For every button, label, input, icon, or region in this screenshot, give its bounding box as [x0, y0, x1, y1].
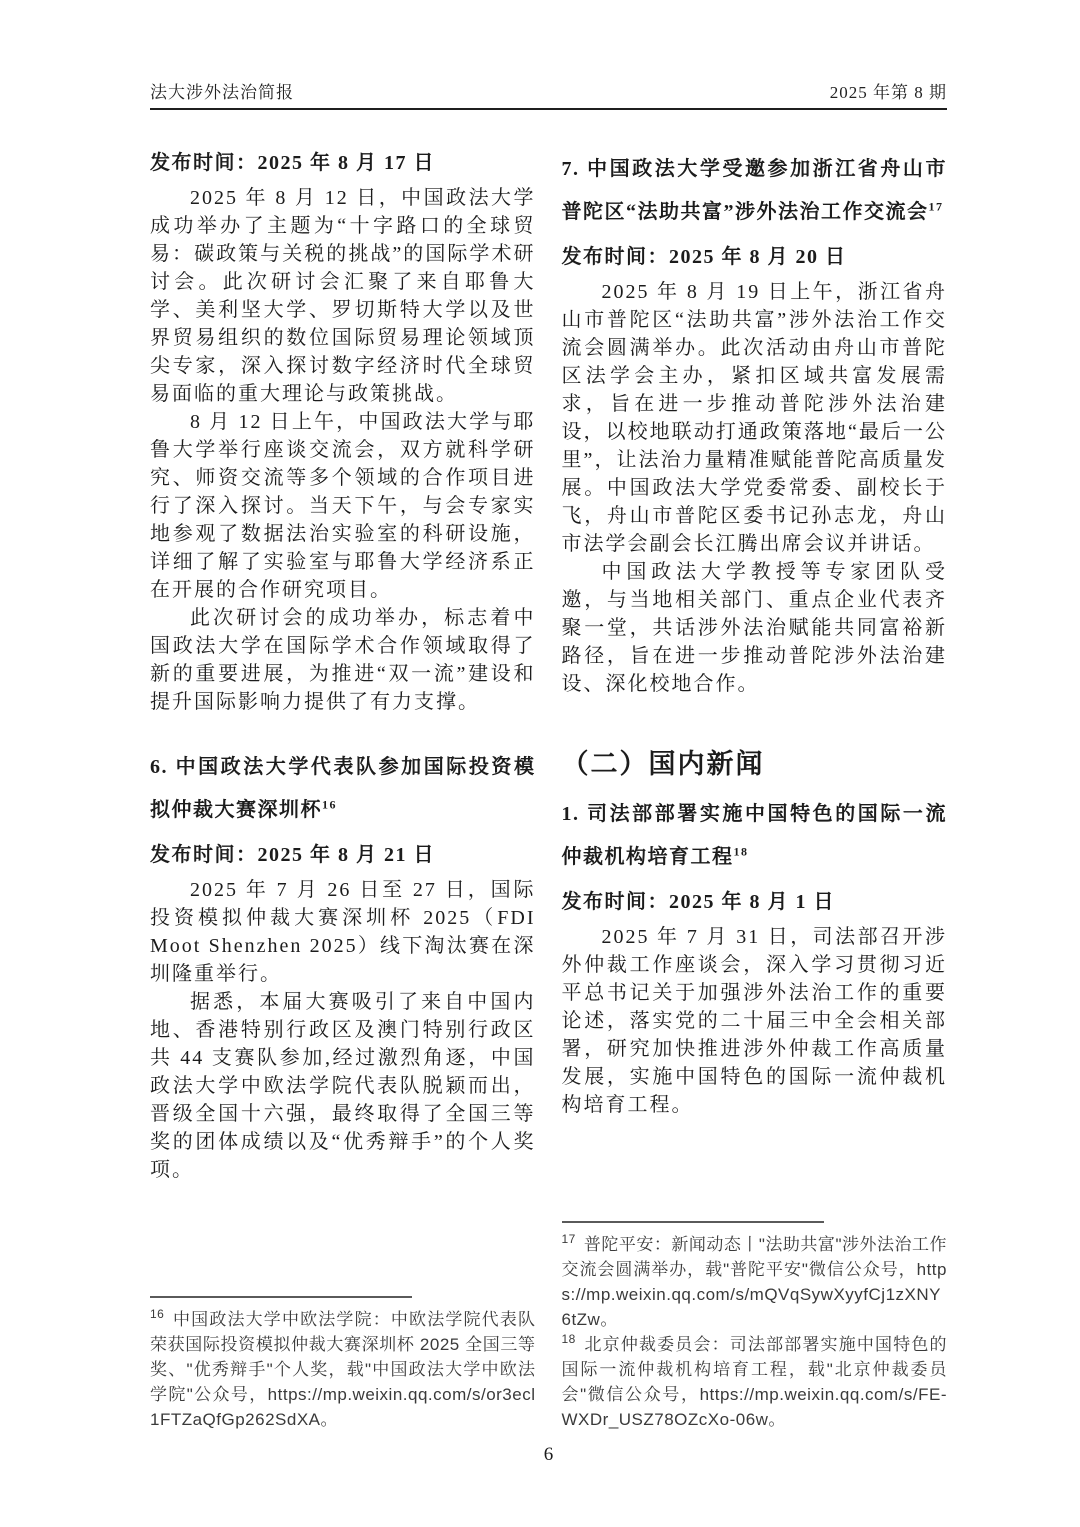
footnote-text: 普陀平安：新闻动态丨"法助共富"涉外法治工作交流会圆满举办，载"普陀平安"微信公… — [562, 1235, 948, 1329]
publish-time: 发布时间：2025 年 8 月 1 日 — [562, 887, 948, 917]
footnote-text: 北京仲裁委员会：司法部部署实施中国特色的国际一流仲裁机构培育工程，载"北京仲裁委… — [562, 1335, 948, 1429]
header-title: 法大涉外法治简报 — [150, 78, 294, 103]
footnote-separator — [562, 1221, 824, 1223]
footnote-item: 18北京仲裁委员会：司法部部署实施中国特色的国际一流仲裁机构培育工程，载"北京仲… — [562, 1332, 948, 1432]
footnote-number: 18 — [562, 1332, 576, 1346]
article-heading: 1. 司法部部署实施中国特色的国际一流仲裁机构培育工程18 — [562, 793, 948, 879]
footnote-ref-marker: 18 — [734, 844, 749, 858]
section-heading-domestic-news: （二）国内新闻 — [562, 742, 948, 781]
publish-time: 发布时间：2025 年 8 月 20 日 — [562, 242, 948, 272]
article-heading-text: 1. 司法部部署实施中国特色的国际一流仲裁机构培育工程 — [562, 803, 948, 868]
article-paragraph: 中国政法大学教授等专家团队受邀，与当地相关部门、重点企业代表齐聚一堂，共话涉外法… — [562, 558, 948, 698]
footnote-number: 17 — [562, 1232, 576, 1246]
footnote-ref-marker: 17 — [929, 199, 944, 213]
publish-time: 发布时间：2025 年 8 月 21 日 — [150, 840, 536, 870]
article-paragraph: 2025 年 8 月 19 日上午，浙江省舟山市普陀区“法助共富”涉外法治工作交… — [562, 278, 948, 558]
footnotes-left: 16中国政法大学中欧法学院：中欧法学院代表队荣获国际投资模拟仲裁大赛深圳杯 20… — [150, 1296, 536, 1436]
footnote-text: 中国政法大学中欧法学院：中欧法学院代表队荣获国际投资模拟仲裁大赛深圳杯 2025… — [150, 1310, 536, 1429]
article-7: 7. 中国政法大学受邀参加浙江省舟山市普陀区“法助共富”涉外法治工作交流会17 … — [562, 148, 948, 698]
article-paragraph: 2025 年 8 月 12 日，中国政法大学成功举办了主题为“十字路口的全球贸易… — [150, 184, 536, 408]
page-header: 法大涉外法治简报 2025 年第 8 期 — [150, 78, 947, 110]
bulletin-page: 法大涉外法治简报 2025 年第 8 期 发布时间：2025 年 8 月 17 … — [0, 0, 1080, 1527]
footnote-item: 16中国政法大学中欧法学院：中欧法学院代表队荣获国际投资模拟仲裁大赛深圳杯 20… — [150, 1307, 536, 1432]
two-column-layout: 发布时间：2025 年 8 月 17 日 2025 年 8 月 12 日，中国政… — [150, 148, 947, 1436]
footnote-separator — [150, 1296, 412, 1298]
page-number: 6 — [150, 1444, 947, 1466]
article-paragraph: 2025 年 7 月 26 日至 27 日，国际投资模拟仲裁大赛深圳杯 2025… — [150, 876, 536, 988]
article-heading-text: 6. 中国政法大学代表队参加国际投资模拟仲裁大赛深圳杯 — [150, 756, 536, 821]
article-heading: 7. 中国政法大学受邀参加浙江省舟山市普陀区“法助共富”涉外法治工作交流会17 — [562, 148, 948, 234]
header-issue: 2025 年第 8 期 — [830, 78, 947, 103]
article-paragraph: 2025 年 7 月 31 日，司法部召开涉外仲裁工作座谈会，深入学习贯彻习近平… — [562, 923, 948, 1119]
right-column: 7. 中国政法大学受邀参加浙江省舟山市普陀区“法助共富”涉外法治工作交流会17 … — [562, 148, 948, 1436]
footnote-ref-marker: 16 — [322, 797, 337, 811]
left-column: 发布时间：2025 年 8 月 17 日 2025 年 8 月 12 日，中国政… — [150, 148, 536, 1436]
article-heading-text: 7. 中国政法大学受邀参加浙江省舟山市普陀区“法助共富”涉外法治工作交流会 — [562, 158, 948, 223]
footnotes-right: 17普陀平安：新闻动态丨"法助共富"涉外法治工作交流会圆满举办，载"普陀平安"微… — [562, 1221, 948, 1436]
article-paragraph: 此次研讨会的成功举办，标志着中国政法大学在国际学术合作领域取得了新的重要进展，为… — [150, 604, 536, 716]
publish-time: 发布时间：2025 年 8 月 17 日 — [150, 148, 536, 178]
article-1: 1. 司法部部署实施中国特色的国际一流仲裁机构培育工程18 发布时间：2025 … — [562, 793, 948, 1119]
article-paragraph: 据悉，本届大赛吸引了来自中国内地、香港特别行政区及澳门特别行政区共 44 支赛队… — [150, 988, 536, 1184]
article-6: 6. 中国政法大学代表队参加国际投资模拟仲裁大赛深圳杯16 发布时间：2025 … — [150, 716, 536, 1184]
article-heading: 6. 中国政法大学代表队参加国际投资模拟仲裁大赛深圳杯16 — [150, 746, 536, 832]
footnote-number: 16 — [150, 1307, 164, 1321]
article-5-continued: 发布时间：2025 年 8 月 17 日 2025 年 8 月 12 日，中国政… — [150, 148, 536, 716]
footnote-item: 17普陀平安：新闻动态丨"法助共富"涉外法治工作交流会圆满举办，载"普陀平安"微… — [562, 1232, 948, 1332]
article-paragraph: 8 月 12 日上午，中国政法大学与耶鲁大学举行座谈交流会，双方就科学研究、师资… — [150, 408, 536, 604]
page-content: 法大涉外法治简报 2025 年第 8 期 发布时间：2025 年 8 月 17 … — [0, 0, 1080, 1466]
